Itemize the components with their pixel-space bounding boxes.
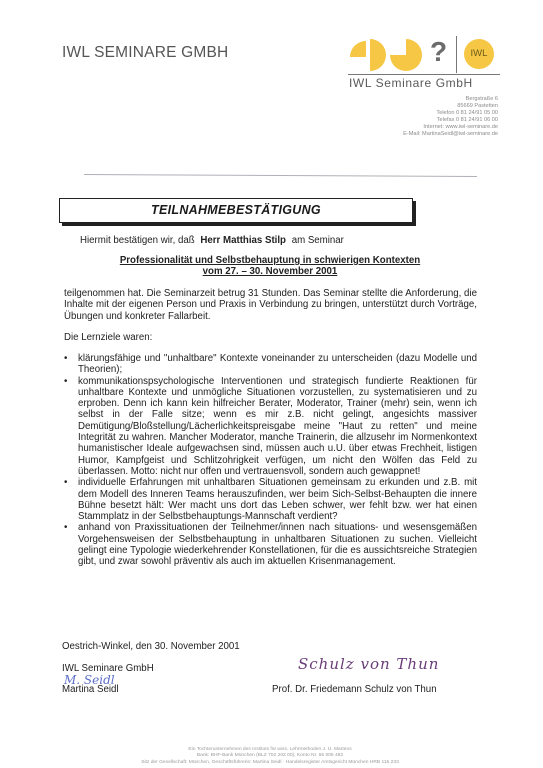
document-title: TEILNAHMEBESTÄTIGUNG (59, 198, 413, 223)
half-circle-logo-shape (370, 39, 386, 71)
footer: Ein Tochterunternehmen des Instituts für… (60, 747, 480, 766)
goal-text: individuelle Erfahrungen mit unhaltbaren… (78, 477, 477, 522)
seminar-heading: Professionalität und Selbstbehauptung in… (60, 255, 480, 277)
bullet-icon: • (64, 376, 67, 387)
seminar-title: Professionalität und Selbstbehauptung in… (60, 255, 480, 266)
seminar-dates: vom 27. – 30. November 2001 (60, 266, 480, 277)
company-brand-text: IWL SEMINARE GMBH (62, 44, 228, 62)
signatory-right-name: Prof. Dr. Friedemann Schulz von Thun (272, 684, 437, 695)
bullet-icon: • (64, 477, 67, 488)
goal-item: •kommunikationspsychologische Interventi… (64, 376, 477, 478)
address-block: Bergstraße 6 85669 Pastetten Telefon 0 8… (403, 96, 498, 139)
bullet-icon: • (64, 353, 67, 364)
address-internet: Internet: www.iwl-seminare.de (403, 124, 498, 131)
goals-heading: Die Lernziele waren: (64, 332, 152, 343)
address-email: E-Mail: MartinaSeidl@iwl-seminare.de (403, 131, 498, 138)
iwl-circle-icon: IWL (464, 39, 494, 69)
address-fax: Telefax 0 81 24/91 06 00 (403, 117, 498, 124)
iwl-logo: ? IWL IWL Seminare GmbH (346, 36, 506, 88)
address-phone: Telefon 0 81 24/91 05 00 (403, 110, 498, 117)
three-quarter-circle-logo-shape (390, 39, 422, 71)
goal-item: •individuelle Erfahrungen mit unhaltbare… (64, 477, 477, 522)
intro-paragraph: teilgenommen hat. Die Seminarzeit betrug… (64, 288, 477, 322)
goal-text: anhand von Praxissituationen der Teilneh… (78, 522, 477, 567)
place-date: Oestrich-Winkel, den 30. November 2001 (62, 641, 240, 652)
logo-company-name: IWL Seminare GmbH (349, 76, 473, 90)
signatory-left-name: Martina Seidl (62, 684, 119, 695)
header-divider (84, 174, 477, 177)
question-mark-icon: ? (430, 34, 447, 70)
quarter-circle-logo-shape (350, 41, 366, 57)
bullet-icon: • (64, 522, 67, 533)
goal-item: •klärungsfähige und "unhaltbare" Kontext… (64, 353, 477, 376)
goal-item: •anhand von Praxissituationen der Teilne… (64, 522, 477, 567)
goal-text: klärungsfähige und "unhaltbare" Kontexte… (78, 353, 477, 375)
address-city: 85669 Pastetten (403, 103, 498, 110)
goal-text: kommunikationspsychologische Interventio… (78, 376, 477, 477)
goals-list: •klärungsfähige und "unhaltbare" Kontext… (64, 353, 477, 568)
logo-divider (456, 36, 457, 73)
address-street: Bergstraße 6 (403, 96, 498, 103)
footer-line: Sitz der Gesellschaft: München, Geschäft… (60, 760, 480, 766)
confirm-prefix: Hiermit bestätigen wir, daß (80, 235, 195, 246)
participant-name: Herr Matthias Stilp (200, 235, 286, 246)
confirm-suffix: am Seminar (292, 235, 344, 246)
logo-underline (348, 74, 500, 75)
confirmation-line: Hiermit bestätigen wir, daß Herr Matthia… (80, 235, 344, 246)
signature-schulz-von-thun: Schulz von Thun (298, 655, 439, 673)
